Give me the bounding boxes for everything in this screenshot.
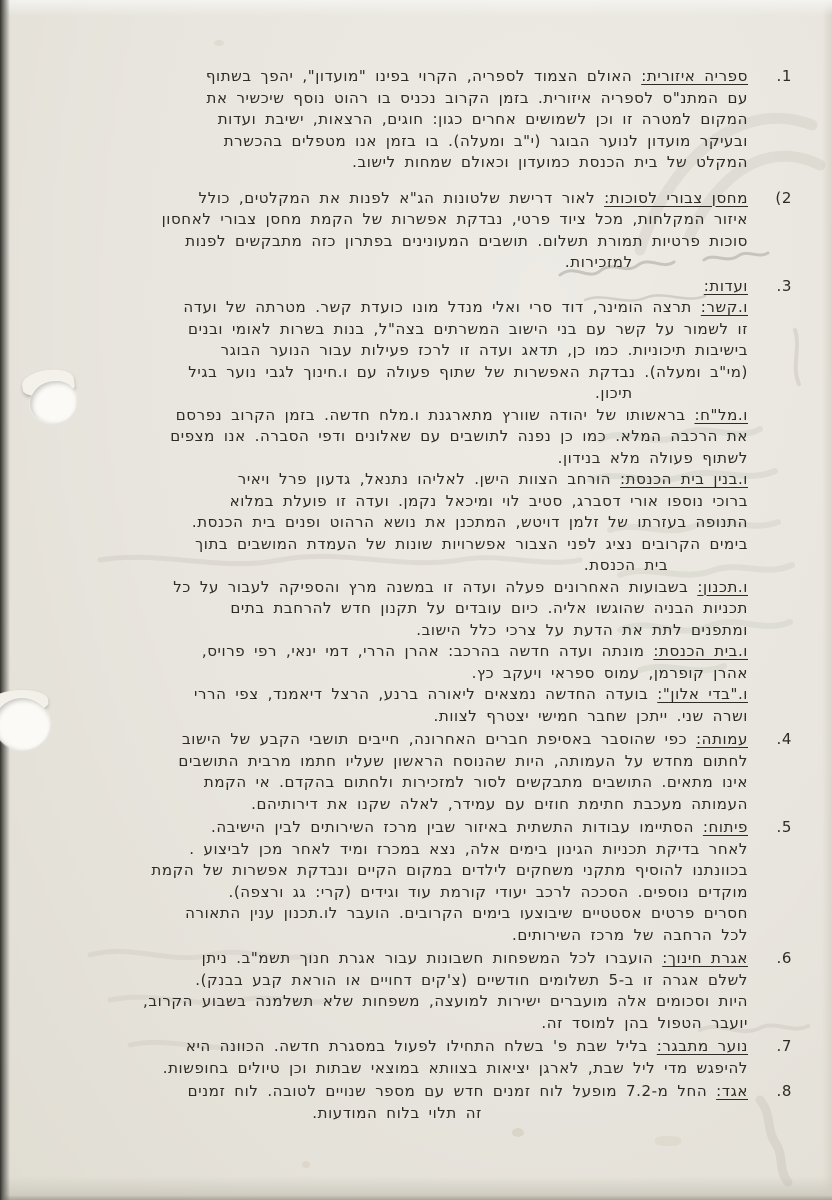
item-content: נוער מתבגר: בליל שבת פ' בשלח התחילו לפעו… xyxy=(40,1036,748,1079)
paragraph: ו.קשר: תרצה הומינר, דוד סרי ואלי מנדל מו… xyxy=(40,297,748,405)
paragraph-heading: ו.בית הכנסת: xyxy=(653,642,748,660)
paragraph-heading: אגרת חינוך: xyxy=(662,949,748,967)
list-item: 3.ועדות:ו.קשר: תרצה הומינר, דוד סרי ואלי… xyxy=(40,276,792,728)
paragraph: עמותה: כפי שהוסבר באסיפת חברים האחרונה, … xyxy=(40,729,748,815)
item-content: מחסן צבורי לסוכות: לאור דרישת שלטונות הג… xyxy=(40,188,748,274)
paragraph-heading: ו.בנין בית הכנסת: xyxy=(620,470,748,488)
paragraph-heading: נוער מתבגר: xyxy=(657,1037,748,1055)
list-item: 4.עמותה: כפי שהוסבר באסיפת חברים האחרונה… xyxy=(40,729,792,815)
paragraph-heading: עמותה: xyxy=(696,730,748,748)
item-content: אגד: החל מ-7.2 מופעל לוח זמנים חדש עם מס… xyxy=(40,1081,748,1124)
item-number: 4. xyxy=(760,729,792,815)
paragraph: פיתוח: הסתיימו עבודות התשתית באיזור שבין… xyxy=(40,817,748,946)
paragraph-heading: ו."בדי אלון": xyxy=(657,685,748,703)
item-content: פיתוח: הסתיימו עבודות התשתית באיזור שבין… xyxy=(40,817,748,946)
paper-stain xyxy=(214,40,224,46)
paragraph: ו.בנין בית הכנסת: הורחב הצוות הישן. לאלי… xyxy=(40,469,748,577)
paragraph: ו."בדי אלון": בועדה החדשה נמצאים ליאורה … xyxy=(40,684,748,727)
scanned-page: 1.ספריה איזורית: האולם הצמוד לספריה, הקר… xyxy=(0,0,832,1200)
item-number: 1. xyxy=(760,66,792,174)
paper-stain xyxy=(512,1128,524,1137)
list-item: 5.פיתוח: הסתיימו עבודות התשתית באיזור שב… xyxy=(40,817,792,946)
item-content: ועדות:ו.קשר: תרצה הומינר, דוד סרי ואלי מ… xyxy=(40,276,748,728)
item-content: עמותה: כפי שהוסבר באסיפת חברים האחרונה, … xyxy=(40,729,748,815)
paragraph: ו.תכנון: בשבועות האחרונים פעלה ועדה זו ב… xyxy=(40,577,748,642)
paragraph-heading: ו.תכנון: xyxy=(697,578,748,596)
paragraph-heading: ספריה איזורית: xyxy=(641,67,748,85)
item-number: 6. xyxy=(760,948,792,1034)
item-number: 8. xyxy=(760,1081,792,1124)
paragraph: אגד: החל מ-7.2 מופעל לוח זמנים חדש עם מס… xyxy=(40,1081,748,1124)
paragraph-heading: אגד: xyxy=(716,1082,748,1100)
item-number: 3. xyxy=(760,276,792,728)
paragraph-heading: פיתוח: xyxy=(703,818,748,836)
paper-stain xyxy=(302,1161,310,1168)
item-content: ספריה איזורית: האולם הצמוד לספריה, הקרוי… xyxy=(40,66,748,174)
item-content: אגרת חינוך: הועברו לכל המשפחות חשבונות ע… xyxy=(40,948,748,1034)
paper-stain xyxy=(655,1136,681,1146)
list-item: 6.אגרת חינוך: הועברו לכל המשפחות חשבונות… xyxy=(40,948,792,1034)
list-item: 2)מחסן צבורי לסוכות: לאור דרישת שלטונות … xyxy=(40,188,792,274)
paragraph: אגרת חינוך: הועברו לכל המשפחות חשבונות ע… xyxy=(40,948,748,1034)
paragraph: נוער מתבגר: בליל שבת פ' בשלח התחילו לפעו… xyxy=(40,1036,748,1079)
paragraph: ו.מל"ח: בראשותו של יהודה שוורץ מתארגנת ו… xyxy=(40,405,748,470)
paragraph-heading: ו.מל"ח: xyxy=(694,406,748,424)
paragraph: ספריה איזורית: האולם הצמוד לספריה, הקרוי… xyxy=(40,66,748,174)
item-number: 2) xyxy=(760,188,792,274)
paragraph: ועדות: xyxy=(40,276,748,298)
paragraph-heading: מחסן צבורי לסוכות: xyxy=(604,189,748,207)
paragraph: ו.בית הכנסת: מונתה ועדה חדשה בהרכב: אהרן… xyxy=(40,641,748,684)
item-number: 7. xyxy=(760,1036,792,1079)
paragraph: מחסן צבורי לסוכות: לאור דרישת שלטונות הג… xyxy=(40,188,748,274)
list-item: 7.נוער מתבגר: בליל שבת פ' בשלח התחילו לפ… xyxy=(40,1036,792,1079)
list-item: 8.אגד: החל מ-7.2 מופעל לוח זמנים חדש עם … xyxy=(40,1081,792,1124)
paragraph-heading: ו.קשר: xyxy=(701,298,748,316)
item-number: 5. xyxy=(760,817,792,946)
paragraph-heading: ועדות: xyxy=(704,277,748,295)
document-items: 1.ספריה איזורית: האולם הצמוד לספריה, הקר… xyxy=(40,66,792,1126)
list-item: 1.ספריה איזורית: האולם הצמוד לספריה, הקר… xyxy=(40,66,792,174)
